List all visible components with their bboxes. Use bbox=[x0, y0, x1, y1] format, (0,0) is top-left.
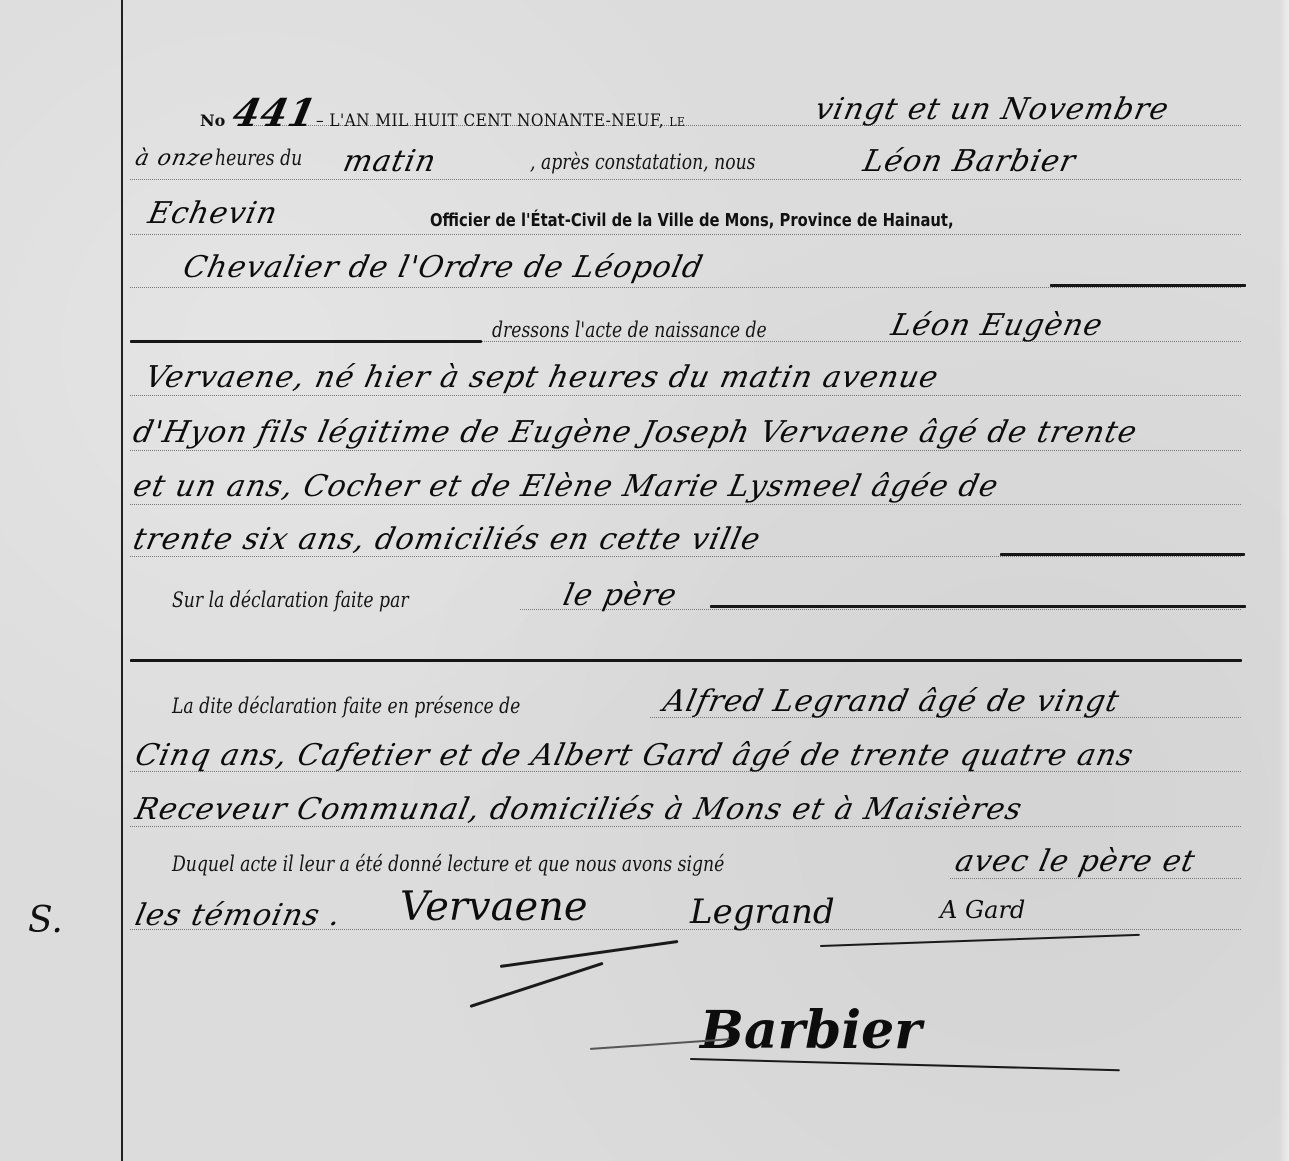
officer-title-text: Officier de l'État-Civil de la Ville de … bbox=[430, 210, 954, 231]
fill-bar bbox=[1050, 284, 1246, 287]
signature-witness2: A Gard bbox=[940, 896, 1025, 924]
witness-text: La dite déclaration faite en présence de bbox=[172, 694, 520, 718]
signed-with-handwritten: avec le père et bbox=[952, 844, 1199, 879]
declarant: le père bbox=[560, 578, 673, 613]
mother-details: et un ans, Cocher et de Elène Marie Lysm… bbox=[130, 469, 994, 504]
fill-bar bbox=[710, 605, 1246, 608]
reading-text: Duquel acte il leur a été donné lecture … bbox=[172, 852, 724, 876]
witness2-details: Cinq ans, Cafetier et de Albert Gard âgé… bbox=[132, 738, 1130, 773]
constatation-label: , après constatation, nous bbox=[530, 150, 805, 174]
officer-title-hand: Echevin bbox=[145, 196, 274, 231]
child-given-names: Léon Eugène bbox=[888, 308, 1099, 343]
declaration-text: Sur la déclaration faite par bbox=[172, 588, 409, 612]
signature-father: Vervaene bbox=[400, 884, 588, 930]
fill-bar bbox=[130, 340, 482, 343]
signed-with: avec le père et bbox=[952, 844, 1191, 879]
witnesses-handwritten: les témoins . bbox=[132, 898, 344, 933]
time-of-day: matin bbox=[340, 144, 432, 179]
officer-title-printed: Officier de l'État-Civil de la Ville de … bbox=[430, 210, 1069, 231]
residence-details: trente six ans, domiciliés en cette vill… bbox=[130, 522, 757, 557]
hours-label: heures du bbox=[215, 146, 302, 170]
signature-witness1: Legrand bbox=[690, 892, 835, 932]
birth-act-text: dressons l'acte de naissance de bbox=[492, 318, 767, 342]
hour-handwritten: à onze bbox=[133, 146, 216, 171]
father-details: d'Hyon fils légitime de Eugène Joseph Ve… bbox=[130, 415, 1133, 450]
act-header-line: No 441 – L'AN MIL HUIT CENT NONANTE-NEUF… bbox=[200, 90, 726, 135]
residence-handwritten: trente six ans, domiciliés en cette vill… bbox=[130, 522, 764, 557]
declaration-label: Sur la déclaration faite par bbox=[172, 588, 461, 612]
mother-details-handwritten: et un ans, Cocher et de Elène Marie Lysm… bbox=[130, 469, 1002, 504]
officer-name-handwritten: Léon Barbier bbox=[860, 144, 1079, 179]
time-of-day-handwritten: matin bbox=[340, 144, 440, 179]
margin-note: S. bbox=[28, 900, 63, 941]
date-handwritten: vingt et un Novembre bbox=[812, 92, 1172, 127]
ruled-line bbox=[130, 233, 1241, 235]
honour-line: Chevalier de l'Ordre de Léopold bbox=[180, 250, 699, 285]
witness1-handwritten: Alfred Legrand âgé de vingt bbox=[660, 684, 1123, 719]
time-line: à onze heures du bbox=[133, 146, 322, 171]
flourish-stroke bbox=[470, 962, 604, 1008]
signature-officer: Barbier bbox=[700, 1000, 922, 1061]
flourish-stroke bbox=[500, 940, 679, 968]
witness-label: La dite déclaration faite en présence de bbox=[172, 694, 597, 718]
witnesses-word: les témoins . bbox=[132, 898, 337, 933]
father-details-handwritten: d'Hyon fils légitime de Eugène Joseph Ve… bbox=[130, 415, 1141, 450]
witness-residence-handwritten: Receveur Communal, domiciliés à Mons et … bbox=[132, 792, 1026, 827]
child-given-names-handwritten: Léon Eugène bbox=[888, 308, 1106, 343]
birth-details-1: Vervaene, né hier à sept heures du matin… bbox=[142, 360, 935, 395]
year-text: – L'AN MIL HUIT CENT NONANTE-NEUF, le bbox=[316, 111, 685, 131]
reading-label: Duquel acte il leur a été donné lecture … bbox=[172, 852, 846, 876]
fill-bar bbox=[1000, 553, 1245, 556]
act-number-label: No bbox=[200, 111, 225, 130]
act-number: 441 bbox=[229, 90, 321, 135]
honour-handwritten: Chevalier de l'Ordre de Léopold bbox=[180, 250, 707, 285]
witness-residence: Receveur Communal, domiciliés à Mons et … bbox=[132, 792, 1018, 827]
date-line: vingt et un Novembre bbox=[812, 92, 1165, 127]
echevin-handwritten: Echevin bbox=[145, 196, 281, 231]
birth-details-handwritten: Vervaene, né hier à sept heures du matin… bbox=[142, 360, 942, 395]
page-edge bbox=[1279, 0, 1289, 1161]
constatation-text: , après constatation, nous bbox=[530, 150, 756, 174]
flourish-stroke bbox=[820, 934, 1140, 947]
margin-rule bbox=[121, 0, 123, 1161]
declarant-handwritten: le père bbox=[560, 578, 680, 613]
witness1-details: Alfred Legrand âgé de vingt bbox=[660, 684, 1115, 719]
officer-name: Léon Barbier bbox=[860, 144, 1072, 179]
ruled-line bbox=[130, 178, 1241, 180]
fill-bar bbox=[130, 659, 1242, 662]
birth-act-label: dressons l'acte de naissance de bbox=[492, 318, 827, 342]
witness2-handwritten: Cinq ans, Cafetier et de Albert Gard âgé… bbox=[132, 738, 1137, 773]
